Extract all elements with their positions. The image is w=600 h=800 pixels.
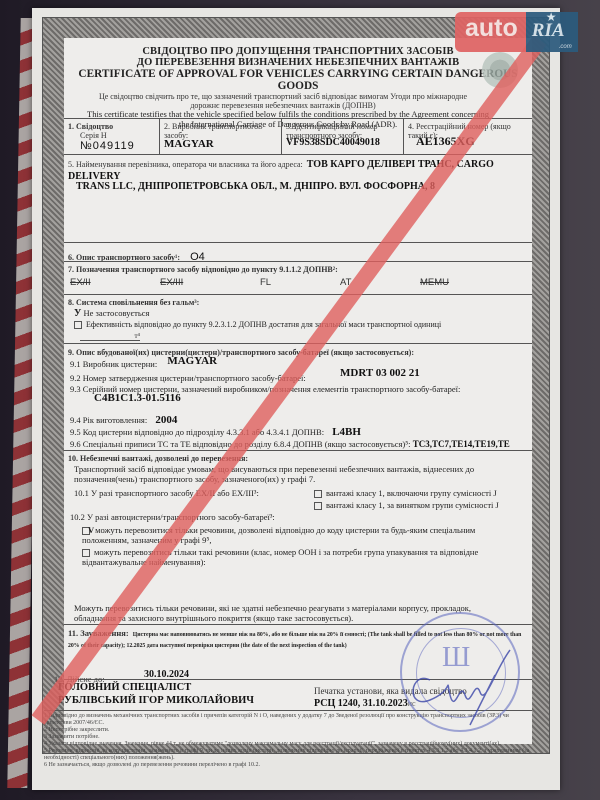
checkbox-icon xyxy=(314,502,322,510)
field-10-2-label: 10.2 У разі автоцистерни/транспортного з… xyxy=(70,512,275,522)
field-8-option-efficiency: Ефективність відповідно до пункту 9.2.3.… xyxy=(74,320,514,329)
logo-ria-text: RIA xyxy=(532,20,565,42)
valid-until-date: 30.10.2024 xyxy=(144,669,189,680)
footnote: 4 Указати відповідне значення. Значення,… xyxy=(44,741,532,748)
field-9-2: 9.2 Номер затвердження цистерни/транспор… xyxy=(70,373,530,383)
option-label: вантажі класу 1, включаючи групу сумісно… xyxy=(326,488,497,498)
field-5: 5. Найменування перевізника, оператора ч… xyxy=(68,158,530,192)
field-4-registration: 4. Реєстраційний номер (якщо такий є): A… xyxy=(404,119,532,155)
field-8-mass-blank: т⁴ xyxy=(80,332,140,341)
field-2-manufacturer: 2. Виробник транспортного засобу: MAGYAR xyxy=(160,119,282,155)
option-label: можуть перевозитися тільки речовини, доз… xyxy=(82,525,475,545)
check-mark-icon: У xyxy=(74,308,81,319)
designation-fl: FL xyxy=(260,277,271,288)
designation-memu: MEMU xyxy=(420,277,449,288)
registration-number: AE1365XG xyxy=(408,134,528,149)
designation-at: AT xyxy=(340,277,351,288)
subtitle-ua: Це свідоцтво свідчить про те, що зазначе… xyxy=(64,92,532,110)
checkbox-icon xyxy=(74,321,82,329)
field-10-2-option-2: можуть перевозитись тільки такі речовини… xyxy=(82,547,514,567)
carrier-address: TRANS LLC, ДНІПРОПЕТРОВСЬКА ОБЛ., М. ДНІ… xyxy=(68,182,530,192)
logo-com-text: .com xyxy=(559,44,572,50)
field-11-label: 11. Зауваження: xyxy=(68,628,129,638)
tank-approval-number: MDRT 03 002 21 xyxy=(340,367,420,379)
field-9-6: 9.6 Спеціальні приписи ТС та ТЕ відповід… xyxy=(70,439,510,449)
footnote: 6 Не зазначається, якщо дозволені до пер… xyxy=(44,762,532,769)
title-ua-2: ДО ПЕРЕВЕЗЕННЯ ВИЗНАЧЕНИХ НЕБЕЗПЕЧНИХ ВА… xyxy=(64,57,532,68)
field-9-label: 9. Опис вбудованої(их) цистерни(цистерн)… xyxy=(68,348,414,357)
certificate-header: СВІДОЦТВО ПРО ДОПУЩЕННЯ ТРАНСПОРТНИХ ЗАС… xyxy=(64,46,532,129)
certificate-number: №049119 xyxy=(68,140,155,152)
field-8-option-2-label: Ефективність відповідно до пункту 9.2.3.… xyxy=(86,320,441,329)
row-field-8: 8. Система сповільнення без гальм³: У Не… xyxy=(64,294,532,344)
vin-number: VF9S38SDC40049018 xyxy=(286,137,399,148)
tank-manufacturer: MAGYAR xyxy=(167,355,217,367)
field-10-text: Транспортний засіб відповідає умовам, що… xyxy=(74,464,514,484)
row-field-7: 7. Позначення транспортного засобу відпо… xyxy=(64,261,532,295)
field-9-4-label: 9.4 Рік виготовлення: xyxy=(70,415,147,425)
field-1-label: 1. Свідоцтво xyxy=(68,122,155,131)
row-field-9: 9. Опис вбудованої(их) цистерни(цистерн)… xyxy=(64,343,532,451)
field-9-1: 9.1 Виробник цистерни: MAGYAR xyxy=(70,358,217,370)
special-provisions: TC3,TC7,TE14,TE19,TE xyxy=(413,439,510,449)
autoria-watermark-logo: auto ★ RIA .com xyxy=(455,12,578,52)
field-9-4: 9.4 Рік виготовлення: 2004 xyxy=(70,414,177,426)
field-9-2-label: 9.2 Номер затвердження цистерни/транспор… xyxy=(70,373,306,383)
field-10-label: 10. Небезпечні вантажі, дозволені до пер… xyxy=(68,454,248,463)
field-10-2-option-1: Vможуть перевозитися тільки речовини, до… xyxy=(82,525,514,545)
signer-name: РУБЛІВСЬКИЙ ІГОР МИКОЛАЙОВИЧ xyxy=(58,695,254,706)
field-8-option-1-label: Не застосовується xyxy=(83,308,149,318)
field-8-label: 8. Система сповільнення без гальм³: xyxy=(68,298,199,307)
field-3-vin: 3. Ідентифікаційний номер транспортного … xyxy=(282,119,404,155)
logo-auto-text: auto xyxy=(455,12,526,52)
field-9-1-label: 9.1 Виробник цистерни: xyxy=(70,359,157,369)
field-9-5: 9.5 Код цистерни відповідно до підрозділ… xyxy=(70,426,361,438)
field-10-1-option-1: вантажі класу 1, включаючи групу сумісно… xyxy=(314,488,497,498)
field-9-5-label: 9.5 Код цистерни відповідно до підрозділ… xyxy=(70,427,324,437)
logo-ria-block: ★ RIA .com xyxy=(526,12,578,52)
footnote: 3 Зазначити потрібне. xyxy=(44,734,532,741)
field-9-3: 9.3 Серійний номер цистерни, зазначений … xyxy=(70,384,530,404)
year-of-manufacture: 2004 xyxy=(155,414,177,426)
field-9-6-label: 9.6 Спеціальні приписи ТС та ТЕ відповід… xyxy=(70,439,411,449)
designation-ex-ii: EX/II xyxy=(70,277,91,288)
option-label: можуть перевозитись тільки такі речовини… xyxy=(82,547,478,567)
issuer-code-value: РСЦ 1240, 31.10.2023 xyxy=(314,698,408,709)
coat-of-arms-emblem-icon xyxy=(482,52,518,88)
vehicle-designation-options: EX/IIEX/IIIFLATMEMU xyxy=(70,277,490,291)
field-10-1-label: 10.1 У разі транспортного засобу EX/II а… xyxy=(74,488,259,498)
signer-title: ГОЛОВНИЙ СПЕЦІАЛІСТ xyxy=(58,682,191,693)
row-field-10: 10. Небезпечні вантажі, дозволені до пер… xyxy=(64,450,532,625)
field-10-1-option-2: вантажі класу 1, за винятком групи суміс… xyxy=(314,500,499,510)
field-5-label: 5. Найменування перевізника, оператора ч… xyxy=(68,160,303,169)
check-mark-icon: V xyxy=(88,525,94,535)
footnote: 5 Речовини, віднесені до коду цистерни, … xyxy=(44,748,532,762)
tank-code: L4BH xyxy=(332,426,361,438)
field-8-option-not-applicable: У Не застосовується xyxy=(74,308,149,319)
designation-ex-iii: EX/III xyxy=(160,277,183,288)
signature-icon xyxy=(400,640,520,730)
title-en: CERTIFICATE OF APPROVAL FOR VEHICLES CAR… xyxy=(64,68,532,92)
row-fields-1-4: 1. Свідоцтво Серія Н №049119 2. Виробник… xyxy=(64,118,532,155)
option-label: вантажі класу 1, за винятком групи суміс… xyxy=(326,500,499,510)
row-field-5: 5. Найменування перевізника, оператора ч… xyxy=(64,154,532,243)
checkbox-icon xyxy=(314,490,322,498)
row-field-6: 6. Опис транспортного засобу¹: O4 xyxy=(64,242,532,262)
field-7-label: 7. Позначення транспортного засобу відпо… xyxy=(68,265,338,274)
vehicle-manufacturer: MAGYAR xyxy=(164,138,277,150)
field-1-series: Серія Н xyxy=(68,131,155,140)
field-1-certificate: 1. Свідоцтво Серія Н №049119 xyxy=(64,119,160,155)
checkbox-icon xyxy=(82,549,90,557)
